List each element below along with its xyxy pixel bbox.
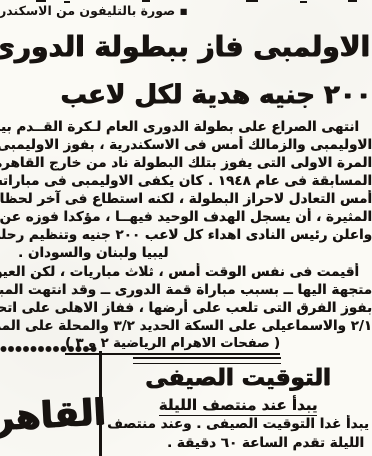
summer-time-subtitle-text: يبدأ عند منتصف الليلة (159, 396, 318, 416)
paper-speck (246, 0, 258, 2)
summer-time-body-line: يبدأ غدا التوقيت الصيفى . وعند منتصف (104, 415, 372, 434)
article-paragraph-1: انتهى الصراع على بطولة الدورى العام لـكر… (0, 118, 372, 262)
body-line: المثيرة ، أن يسجل الهدف الوحيد فيهــا ، … (0, 208, 372, 226)
body-line: متجهة اليها ــ بسبب مباراة قمة الدورى ــ… (0, 281, 372, 299)
paper-speck (142, 0, 150, 2)
photo-caption: ▪ صورة بالتليفون من الاسكندرية (0, 3, 188, 21)
summer-time-title: التوقيت الصيفى (104, 362, 372, 394)
summer-time-subtitle: يبدأ عند منتصف الليلة (104, 395, 372, 415)
body-line: المرة الاولى التى يفوز بتلك البطولة ناد … (0, 154, 372, 172)
body-line: الاوليمبى والزمالك أمس فى الاسكندرية ، ب… (0, 136, 372, 154)
article-paragraph-2: أقيمت فى نفس الوقت أمس ، ثلاث مباريات ، … (0, 263, 372, 335)
paper-speck (348, 0, 357, 2)
cairo-calligraphy: القاهرة/ (0, 381, 108, 456)
body-line: واعلن رئيس النادى اهداء كل لاعب ٢٠٠ جنيه… (0, 226, 372, 244)
body-line: أقيمت فى نفس الوقت أمس ، ثلاث مباريات ، … (0, 263, 372, 281)
summer-time-body-line: الليلة تقدم الساعة ٦٠ دقيقة . (159, 434, 372, 453)
headline-line-2: ٢٠٠ جنيه هدية لكل لاعب (60, 74, 372, 118)
paper-speck (300, 1, 307, 3)
body-line: المسابقة فى عام ١٩٤٨ . كان يكفى الاوليمب… (0, 172, 372, 190)
body-line: بفوز الفرق التى تلعب على أرضها ، ففاز ال… (0, 299, 372, 317)
body-line: أمس التعادل لاحراز البطولة ، لكنه استطاع… (0, 190, 372, 208)
body-line: انتهى الصراع على بطولة الدورى العام لـكر… (0, 118, 372, 136)
headline-line-1: الاولمبى فاز ببطولة الدورى العام (0, 22, 370, 74)
scalloped-divider (0, 346, 98, 356)
body-line: ٢/١ والاسماعيلى على السكة الحديد ٣/٢ وال… (0, 317, 372, 335)
newspaper-clipping: ▪ صورة بالتليفون من الاسكندرية الاولمبى … (0, 0, 372, 456)
paper-speck (36, 0, 46, 2)
summer-time-box: التوقيت الصيفى يبدأ عند منتصف الليلة يبد… (104, 362, 372, 456)
body-line: ليبيا ولبنان والسودان . (0, 244, 372, 262)
